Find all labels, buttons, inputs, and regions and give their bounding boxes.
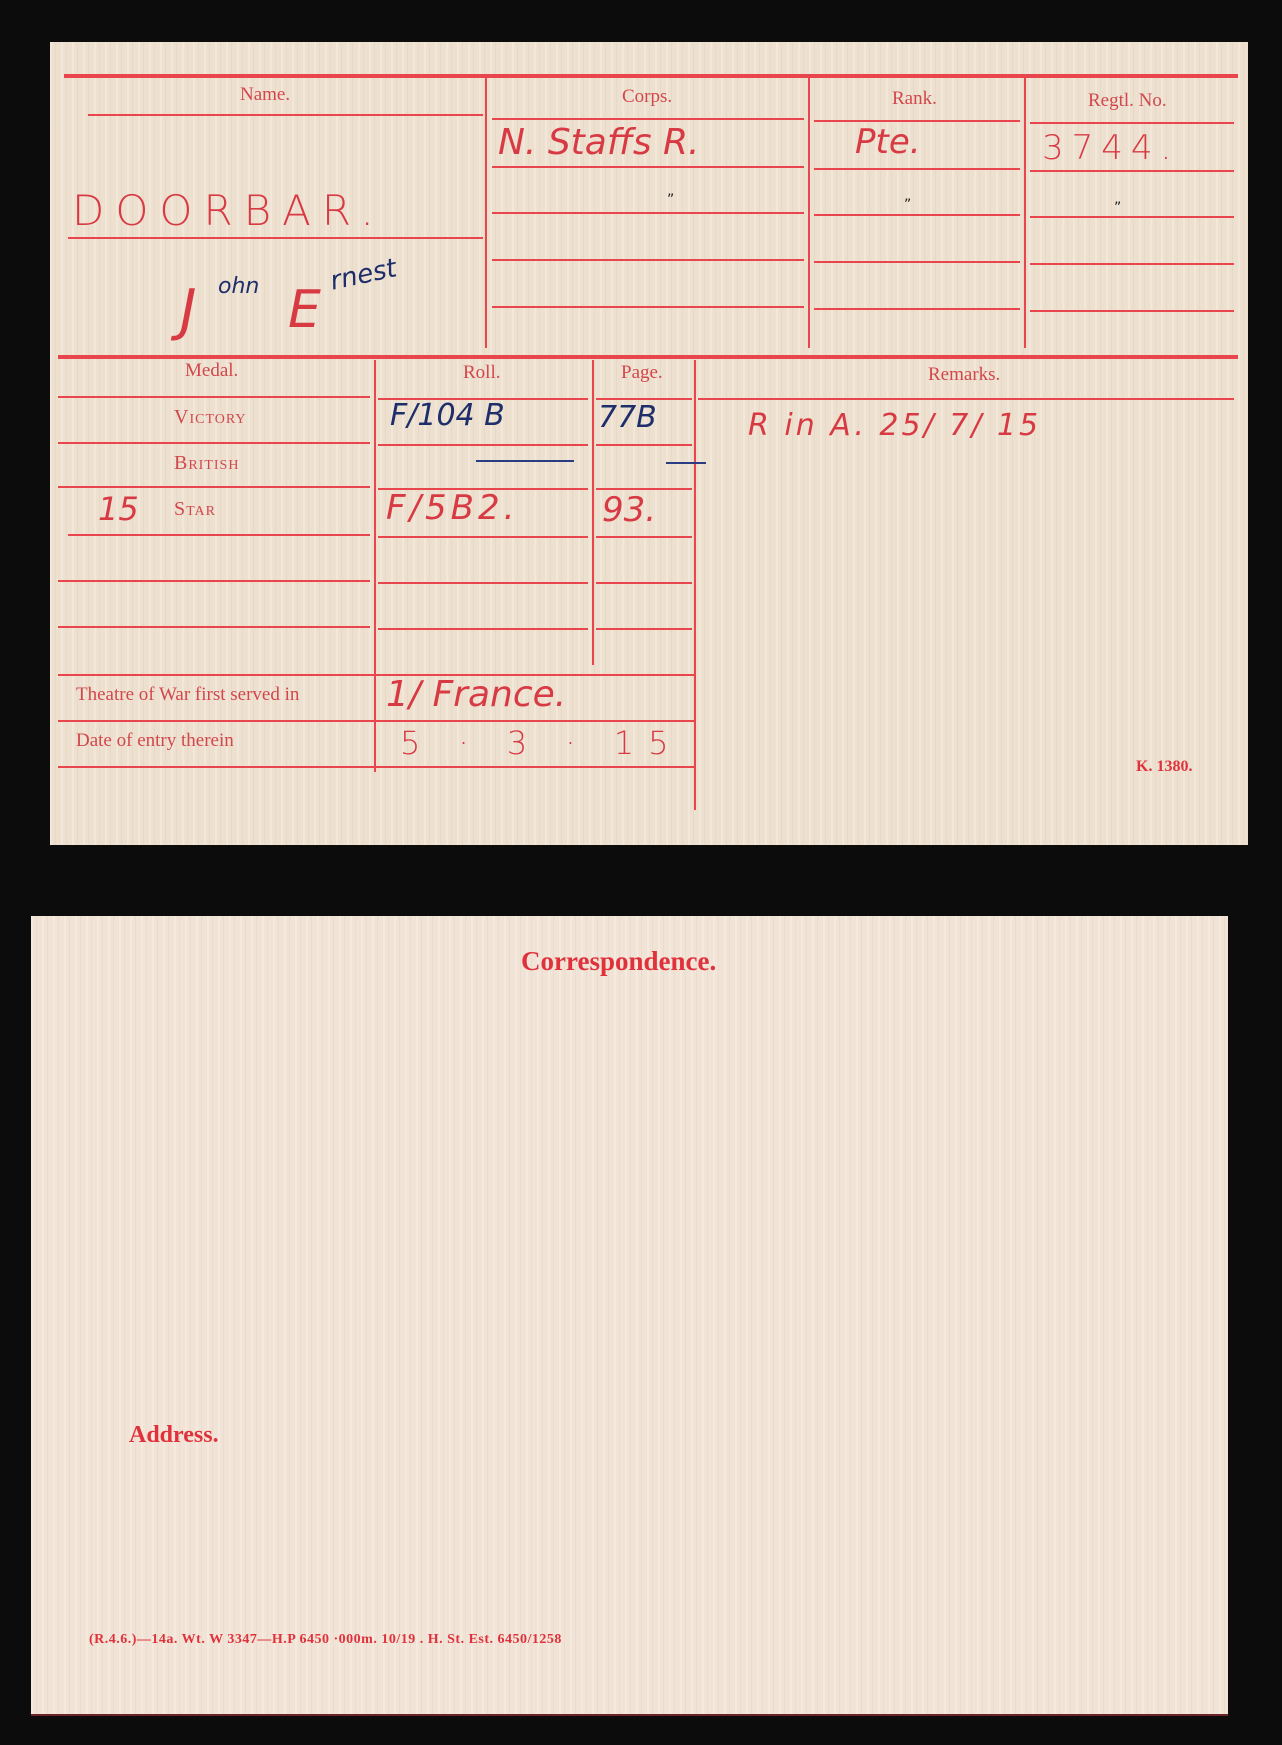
regtl-rule-3: [1030, 216, 1234, 218]
medal-rule-1: [58, 396, 370, 398]
corps-rule-3: [492, 212, 804, 214]
corps-rule-2: [492, 166, 804, 168]
header-medal: Medal.: [185, 360, 238, 382]
forename-initial-j: J: [180, 278, 197, 343]
remarks-rule-1: [698, 398, 1234, 400]
correspondence-title: Correspondence.: [521, 946, 716, 977]
header-regtl-no: Regtl. No.: [1088, 90, 1167, 112]
page-rule-6: [596, 628, 692, 630]
form-code: K. 1380.: [1136, 758, 1192, 776]
rank-value: Pte.: [855, 122, 921, 162]
medal-british: British: [174, 452, 239, 475]
top-rule: [64, 74, 1238, 78]
address-label: Address.: [129, 1422, 219, 1449]
ditto-mark-rank: ”: [904, 197, 911, 213]
name-rule-1: [88, 114, 483, 116]
roll-star: F/5B2.: [386, 488, 518, 528]
medal-rule-6: [58, 626, 370, 628]
middle-rule: [58, 355, 1238, 359]
roll-rule-2: [378, 444, 588, 446]
divider-medal-roll: [374, 360, 376, 772]
regtl-no-value: 3744.: [1042, 128, 1179, 168]
medal-rule-3: [58, 486, 370, 488]
forename-ernest-superscript: rnest: [328, 253, 400, 296]
theatre-label: Theatre of War first served in: [76, 684, 299, 706]
medal-rule-4: [68, 534, 370, 536]
medal-index-card-front: Name. Corps. Rank. Regtl. No. DOORBAR. J…: [50, 42, 1248, 845]
page-rule-5: [596, 582, 692, 584]
page-rule-2: [596, 444, 692, 446]
roll-rule-4: [378, 536, 588, 538]
medal-victory: Victory: [174, 406, 247, 429]
surname: DOORBAR.: [72, 186, 385, 235]
corps-rule-5: [492, 306, 804, 308]
forenames: J ohn E rnest: [170, 260, 490, 350]
roll-british-dash: [476, 460, 574, 462]
theatre-value: 1/ France.: [386, 674, 566, 715]
roll-rule-6: [378, 628, 588, 630]
medal-star: Star: [174, 498, 216, 521]
header-remarks: Remarks.: [928, 364, 1000, 386]
printer-imprint: (R.4.6.)—14a. Wt. W 3347—H.P 6450 ·000m.…: [89, 1632, 562, 1648]
roll-rule-5: [378, 582, 588, 584]
remarks-victory: R in A. 25/ 7/ 15: [748, 408, 1041, 443]
regtl-rule-1: [1030, 122, 1234, 124]
page-star: 93.: [602, 490, 656, 530]
corps-rule-4: [492, 259, 804, 261]
regtl-rule-4: [1030, 263, 1234, 265]
medal-rule-8: [58, 720, 694, 722]
header-name: Name.: [240, 84, 290, 106]
header-roll: Roll.: [463, 362, 500, 384]
corps-value: N. Staffs R.: [498, 122, 699, 163]
divider-page-remarks: [694, 360, 696, 810]
header-corps: Corps.: [622, 86, 672, 108]
regtl-rule-5: [1030, 310, 1234, 312]
medal-rule-9: [58, 766, 694, 768]
divider-corps-rank: [808, 78, 810, 348]
medal-index-card-back: Correspondence. Address. (R.4.6.)—14a. W…: [31, 916, 1228, 1716]
ditto-mark-corps: ”: [667, 192, 674, 208]
roll-victory: F/104 B: [390, 398, 505, 433]
medal-star-prefix: 15: [98, 490, 139, 528]
corps-rule-1: [492, 118, 804, 120]
name-rule-2: [68, 237, 483, 239]
divider-rank-regtl: [1024, 78, 1026, 348]
page-british-dash: [666, 462, 706, 464]
rank-rule-4: [814, 261, 1020, 263]
medal-rule-7: [58, 674, 694, 676]
rank-rule-5: [814, 308, 1020, 310]
rank-rule-3: [814, 214, 1020, 216]
medal-rule-5: [58, 580, 370, 582]
divider-roll-page: [592, 360, 594, 665]
page-victory: 77B: [598, 400, 657, 435]
date-label: Date of entry therein: [76, 730, 234, 752]
date-value: 5 · 3 · 15: [400, 724, 682, 762]
ditto-mark-regtl: ”: [1114, 200, 1121, 216]
medal-rule-2: [58, 442, 370, 444]
header-page: Page.: [621, 362, 663, 384]
page-rule-4: [596, 536, 692, 538]
forename-john-superscript: ohn: [218, 274, 259, 299]
rank-rule-2: [814, 168, 1020, 170]
regtl-rule-2: [1030, 170, 1234, 172]
header-rank: Rank.: [892, 88, 937, 110]
forename-initial-e: E: [288, 280, 321, 340]
